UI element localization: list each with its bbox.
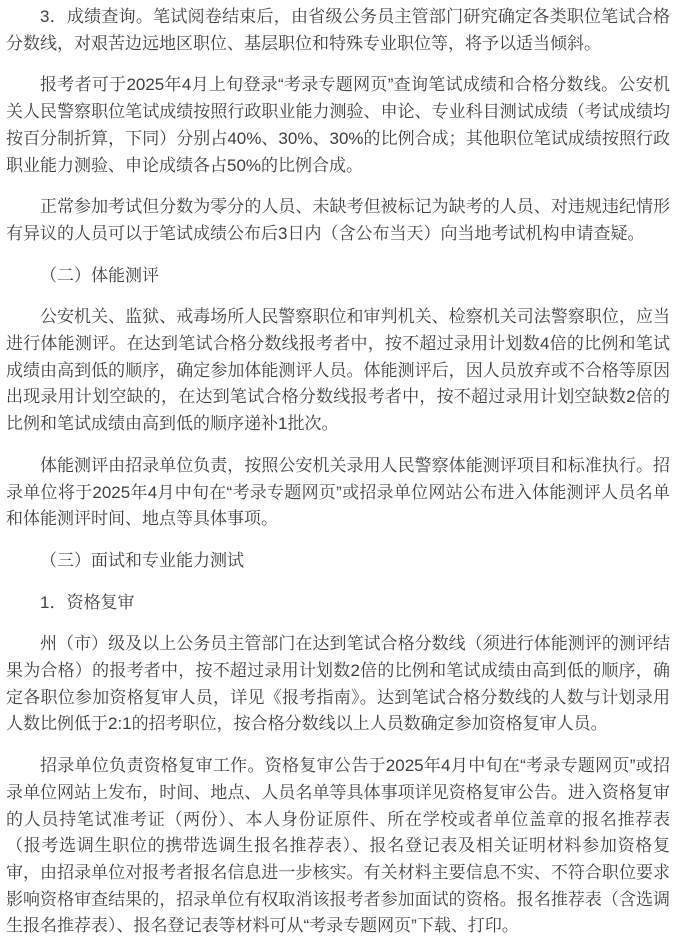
document-page: 3．成绩查询。笔试阅卷结束后，由省级公务员主管部门研究确定各类职位笔试合格分数线… bbox=[0, 0, 680, 948]
paragraph-score-doubt-application: 正常参加考试但分数为零分的人员、未缺考但被标记为缺考的人员、对违规违纪情形有异议… bbox=[6, 194, 670, 247]
section-heading-physical-test: （二）体能测评 bbox=[6, 263, 670, 290]
paragraph-score-inquiry-item: 3．成绩查询。笔试阅卷结束后，由省级公务员主管部门研究确定各类职位笔试合格分数线… bbox=[6, 4, 670, 57]
paragraph-physical-test-organization: 体能测评由招录单位负责，按照公安机关录用人民警察体能测评项目和标准执行。招录单位… bbox=[6, 453, 670, 533]
paragraph-qualification-review-selection: 州（市）级及以上公务员主管部门在达到笔试合格分数线（须进行体能测评的测评结果为合… bbox=[6, 631, 670, 738]
paragraph-physical-test-scope: 公安机关、监狱、戒毒场所人民警察职位和审判机关、检察机关司法警察职位，应当进行体… bbox=[6, 304, 670, 438]
paragraph-qualification-review-procedure: 招录单位负责资格复审工作。资格复审公告于2025年4月中旬在“考录专题网页”或招… bbox=[6, 753, 670, 940]
paragraph-score-query-details: 报考者可于2025年4月上旬登录“考录专题网页”查询笔试成绩和合格分数线。公安机… bbox=[6, 72, 670, 179]
subsection-heading-qualification-review: 1．资格复审 bbox=[6, 590, 670, 617]
section-heading-interview: （三）面试和专业能力测试 bbox=[6, 548, 670, 575]
